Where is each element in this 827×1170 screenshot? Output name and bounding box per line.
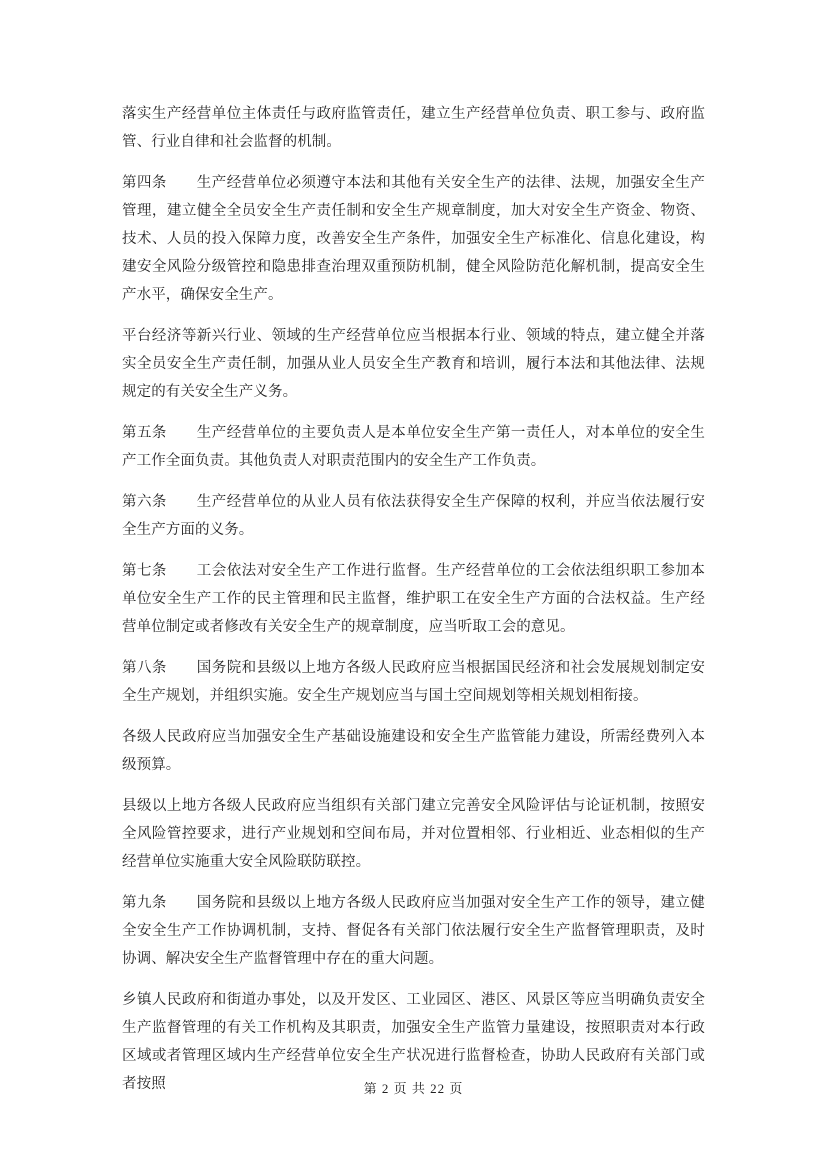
page-footer: 第 2 页 共 22 页	[0, 1080, 827, 1098]
paragraph-continuation-article-3: 落实生产经营单位主体责任与政府监管责任，建立生产经营单位负责、职工参与、政府监管…	[122, 100, 705, 156]
paragraph-article-4-clause-2: 平台经济等新兴行业、领域的生产经营单位应当根据本行业、领域的特点，建立健全并落实…	[122, 322, 705, 406]
paragraph-article-6: 第六条 生产经营单位的从业人员有依法获得安全生产保障的权利，并应当依法履行安全生…	[122, 488, 705, 544]
paragraph-article-8-clause-2: 各级人民政府应当加强安全生产基础设施建设和安全生产监管能力建设，所需经费列入本级…	[122, 723, 705, 779]
paragraph-article-8: 第八条 国务院和县级以上地方各级人民政府应当根据国民经济和社会发展规划制定安全生…	[122, 654, 705, 710]
paragraph-article-9: 第九条 国务院和县级以上地方各级人民政府应当加强对安全生产工作的领导，建立健全安…	[122, 889, 705, 973]
document-page: 落实生产经营单位主体责任与政府监管责任，建立生产经营单位负责、职工参与、政府监管…	[0, 0, 827, 1170]
paragraph-article-7: 第七条 工会依法对安全生产工作进行监督。生产经营单位的工会依法组织职工参加本单位…	[122, 557, 705, 641]
paragraph-article-5: 第五条 生产经营单位的主要负责人是本单位安全生产第一责任人，对本单位的安全生产工…	[122, 419, 705, 475]
paragraph-article-4: 第四条 生产经营单位必须遵守本法和其他有关安全生产的法律、法规，加强安全生产管理…	[122, 169, 705, 309]
paragraph-article-8-clause-3: 县级以上地方各级人民政府应当组织有关部门建立完善安全风险评估与论证机制，按照安全…	[122, 792, 705, 876]
